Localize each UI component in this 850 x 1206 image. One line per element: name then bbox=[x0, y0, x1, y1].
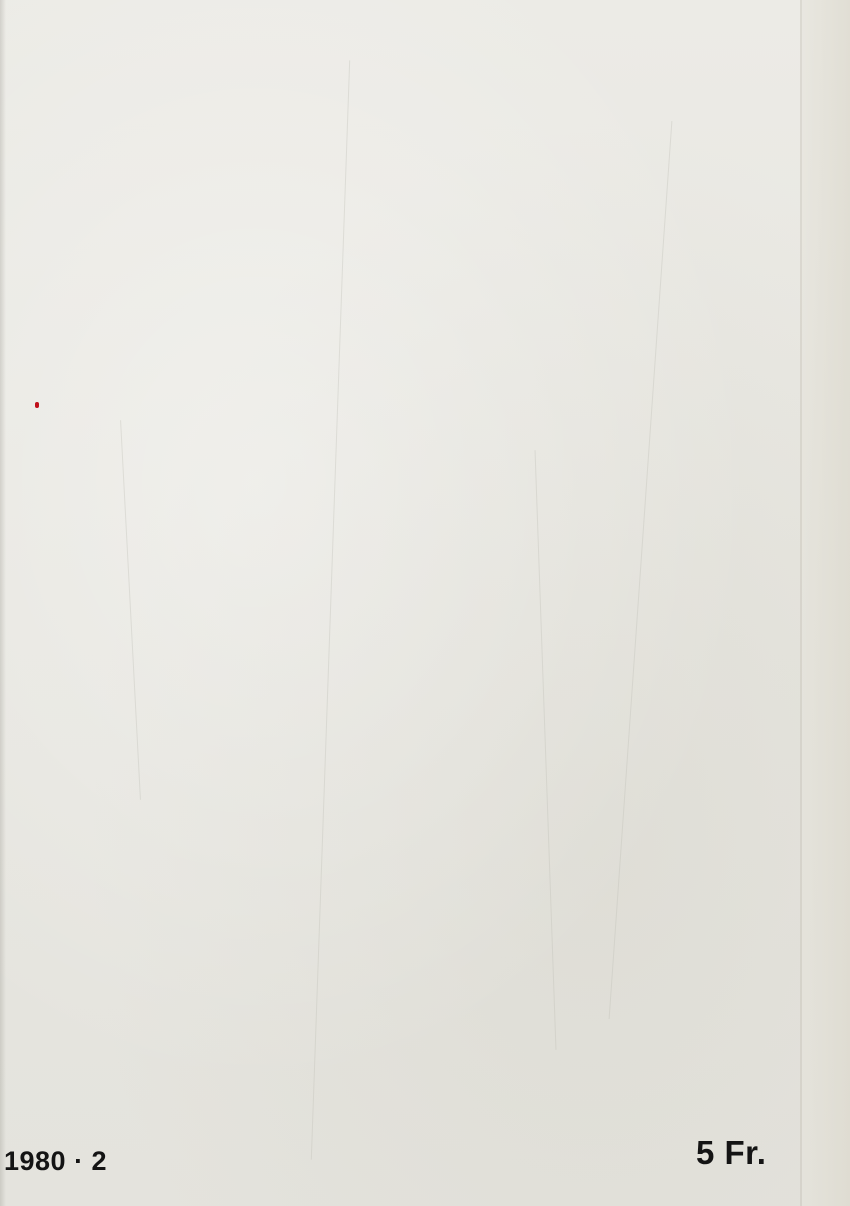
spine-fold bbox=[800, 0, 802, 1206]
red-mark bbox=[35, 402, 39, 408]
left-edge-shadow bbox=[0, 0, 6, 1206]
back-cover: 1980 · 2 5 Fr. bbox=[0, 0, 850, 1206]
price-label: 5 Fr. bbox=[696, 1134, 766, 1172]
right-edge bbox=[802, 0, 850, 1206]
paper-crease bbox=[609, 121, 673, 1019]
paper-crease bbox=[120, 420, 141, 800]
paper-crease bbox=[535, 450, 557, 1050]
issue-number: 1980 · 2 bbox=[4, 1146, 107, 1177]
paper-crease bbox=[311, 60, 350, 1159]
